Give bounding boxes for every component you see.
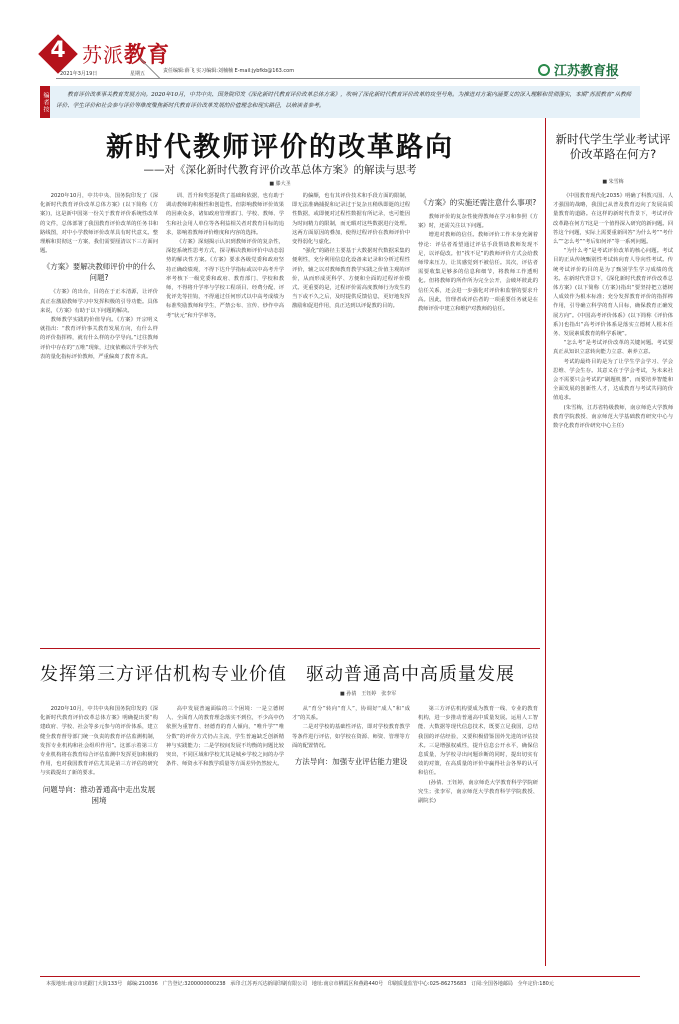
paper-logo-text: 江苏教育报: [554, 64, 619, 79]
logo-swirl-icon: [538, 64, 550, 76]
paragraph: 《方案》的出台，目的在于正本清源，让评价真正在激励教师学习中发挥积极的引导功能。…: [40, 288, 158, 316]
paragraph: “怎么考”是考试评价改革的关键问题。考试要真正从知识立意转向能力立意、素养立意。: [553, 339, 673, 357]
paragraph: 2020年10月，中共中央、国务院印发了《深化新时代教育评价改革总体方案》(以下…: [40, 192, 158, 256]
main-article-column-3: 的偏颇，也有其评价技术和手段方面的限制，即无法准确捕捉和记录过于复杂且稍纵即逝的…: [292, 192, 410, 644]
paragraph: 二是对学校的基础性评估，即对学校教育教学等条件进行评估，如学校在资源、师资、管理…: [292, 723, 410, 751]
second-article-column-3: 从“育分”转向“育人”，协调好“成人”和“成才”的关系。 二是对学校的基础性评估…: [292, 705, 410, 973]
main-article-title: 新时代教师评价的改革路向: [40, 125, 520, 164]
editor-note: 编者按 教育评价改革事关教育发展方向。2020年10月，中共中央、国务院印发《深…: [40, 86, 640, 118]
paragraph: 2020年10月，中共中央和国务院印发的《深化新时代教育评价改革总体方案》明确提…: [40, 705, 158, 779]
second-article-byline: ■ 孙倩 王钰婷 张李军: [340, 690, 396, 697]
editor-note-tag: 编者按: [40, 86, 50, 118]
footer-printer: 承印:江苏再兴达新闻印刷有限公司: [230, 981, 307, 987]
section-title: 苏派教育: [82, 38, 170, 69]
footer-imprint: 本报地址:南京市虎踞门大街133号 邮编:210036 广告登记:3200000…: [46, 980, 646, 987]
paragraph: “为什么考”是考试评价改革的核心问题。考试目的正从传统甄别性考试转向育人导向性考…: [553, 247, 673, 339]
sidebar-divider: [545, 118, 546, 966]
paragraph: 考试的最终目的是为了让学生学会学习、学会思维、学会生存。其意义在于学会考试，为未…: [553, 358, 673, 404]
paragraph: 训、晋升和奖惩提供了基础和依据，也有助于调动教师的积极性和创造性。但影响教师评价…: [166, 192, 284, 238]
paragraph: 教师评价的复杂性使得教师在学习和参照《方案》时，还需关注以下问题。: [418, 213, 538, 231]
footer-rule: [40, 976, 640, 977]
sidebar-article-body: 《中国教育现代化2035》明确了科教兴国、人才强国的战略，我国已从普及教育迈向了…: [553, 192, 673, 972]
masthead: 4 苏派教育 2021年3月19日 星期五 责任编辑:薛飞 实习编辑:刘楠楠 E…: [0, 0, 679, 80]
article-divider: [40, 648, 540, 649]
paragraph: 从“育分”转向“育人”，协调好“成人”和“成才”的关系。: [292, 705, 410, 723]
main-article-subtitle: ——对《深化新时代教育评价改革总体方案》的解读与思考: [40, 162, 520, 177]
footer-printer-address: 地址:南京市栖霞区和燕路440号: [312, 981, 383, 987]
author-note: (孙倩、王钰婷，南京师范大学教育科学学院研究生；张李军，南京师范大学教育科学学院…: [418, 779, 538, 807]
section-heading: 方法导向：加强专业评估能力建设: [292, 756, 410, 767]
paragraph: “强化”的路径主要基于大数据时代数据采集的便利性，充分利用信息化设备来记录和分析…: [292, 247, 410, 311]
footer-quality-phone: 印刷质量监管中心:025-86275683: [388, 981, 466, 987]
paragraph: 增进对教师的信任。教师评价工作本身充满着悖论：评估者希望通过评估手段帮助教师发现…: [418, 231, 538, 314]
paragraph: 的偏颇，也有其评价技术和手段方面的限制，即无法准确捕捉和记录过于复杂且稍纵即逝的…: [292, 192, 410, 247]
second-article-title: 发挥第三方评估机构专业价值 驱动普通高中高质量发展: [40, 660, 540, 686]
paragraph: 《方案》深刻揭示认识到教师评价的复杂性，深挖系统性思考方式，探寻解决教师评价中动…: [166, 238, 284, 321]
footer-annual-price: 全年定价:180元: [518, 981, 554, 987]
issue-weekday: 星期五: [130, 70, 145, 77]
paper-logo: 江苏教育报: [538, 60, 619, 79]
section-name-a: 苏派: [82, 43, 124, 67]
section-heading: 问题导向：推动普通高中走出发展困境: [40, 784, 158, 806]
paragraph: 教师教学实践的价值导向。《方案》开宗明义就指出：“教育评价事关教育发展方向，有什…: [40, 316, 158, 362]
author-note: (朱雪梅，江苏省特级教师，南京师范大学教师教育学院教授、南京师范大学基础教育研究…: [553, 404, 673, 432]
footer-postcode: 邮编:210036: [127, 981, 158, 987]
section-heading: 《方案》要解决教师评价中的什么问题?: [40, 261, 158, 283]
footer-address: 本报地址:南京市虎踞门大街133号: [46, 981, 122, 987]
second-article-column-4: 第三方评估机构要成为教育一线、专业的教育机构，进一步推动普通高中质量发展。运用人…: [418, 705, 538, 973]
second-article-column-2: 高中发展普遍面临的三个困境：一是立德树人、全面育人的教育理念落实不到位，不少高中…: [166, 705, 284, 973]
section-heading: 《方案》的实施还需注意什么事项?: [418, 197, 538, 208]
issue-date: 2021年3月19日: [60, 70, 97, 77]
main-article-column-1: 2020年10月，中共中央、国务院印发了《深化新时代教育评价改革总体方案》(以下…: [40, 192, 158, 644]
main-article-byline: ■ 滕大圣: [40, 180, 520, 187]
paragraph: 《中国教育现代化2035》明确了科教兴国、人才强国的战略，我国已从普及教育迈向了…: [553, 192, 673, 247]
sidebar-article-byline: ■ 朱雪梅: [553, 178, 673, 185]
main-article-column-4: 《方案》的实施还需注意什么事项? 教师评价的复杂性使得教师在学习和参照《方案》时…: [418, 192, 538, 644]
main-article-column-2: 训、晋升和奖惩提供了基础和依据，也有助于调动教师的积极性和创造性。但影响教师评价…: [166, 192, 284, 644]
footer-subscription: 订阅:全国各地邮局: [471, 981, 513, 987]
masthead-rule: [56, 78, 616, 79]
page-number: 4: [50, 38, 66, 63]
editors-credit: 责任编辑:薛飞 实习编辑:刘楠楠 E-mail:jybfkb@163.com: [163, 67, 294, 74]
second-article-column-1: 2020年10月，中共中央和国务院印发的《深化新时代教育评价改革总体方案》明确提…: [40, 705, 158, 973]
paragraph: 高中发展普遍面临的三个困境：一是立德树人、全面育人的教育理念落实不到位，不少高中…: [166, 705, 284, 769]
paragraph: 第三方评估机构要成为教育一线、专业的教育机构，进一步推动普通高中质量发展。运用人…: [418, 705, 538, 779]
editor-note-text: 教育评价改革事关教育发展方向。2020年10月，中共中央、国务院印发《深化新时代…: [56, 90, 636, 112]
footer-ad-license: 广告登记:3200000000238: [163, 981, 226, 987]
sidebar-article-title: 新时代学生学业考试评价改革路在何方?: [553, 132, 673, 162]
